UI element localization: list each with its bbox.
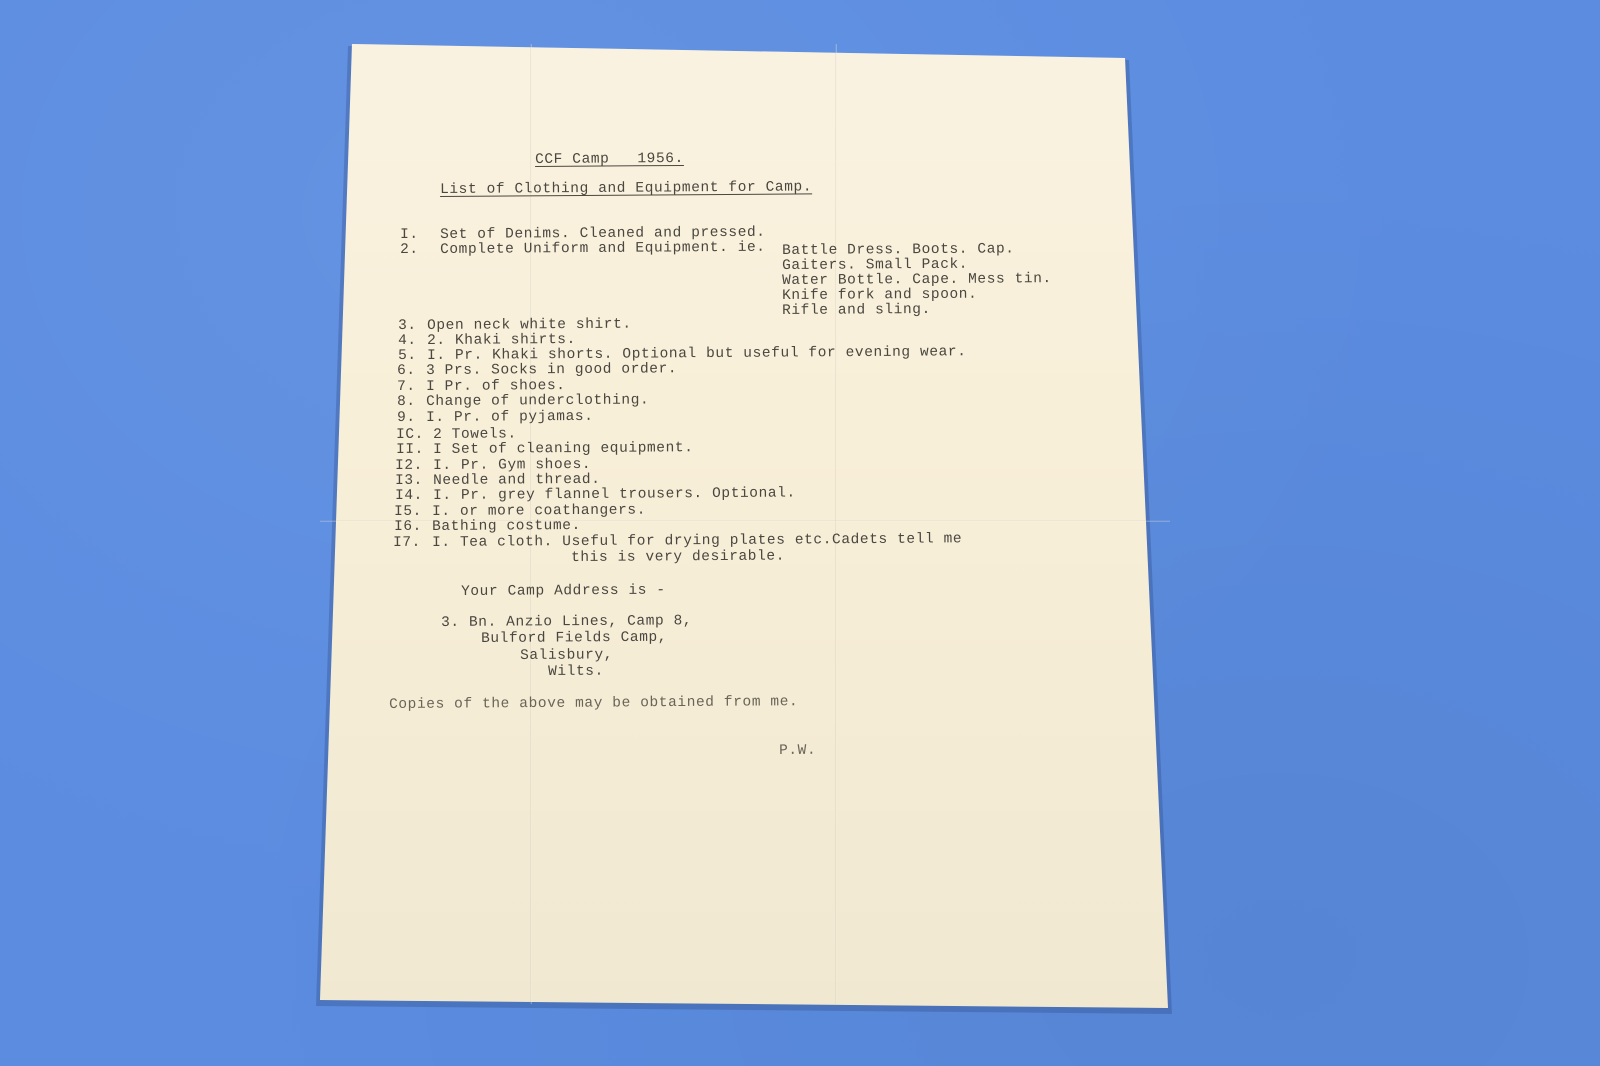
item-number: 8. <box>397 395 416 410</box>
copies-note: Copies of the above may be obtained from… <box>389 695 798 712</box>
item-number: I6. <box>394 520 422 535</box>
item-number: I2. <box>395 459 423 474</box>
item-text: 3 Prs. Socks in good order. <box>426 362 677 378</box>
item-number: I4. <box>395 489 423 504</box>
address-line: Salisbury, <box>520 648 613 663</box>
item-detail: Knife fork and spoon. <box>782 288 977 304</box>
address-intro: Your Camp Address is - <box>461 584 666 600</box>
item-number: 6. <box>397 364 416 379</box>
address-line: Wilts. <box>548 665 604 680</box>
item-text: Open neck white shirt. <box>427 318 632 334</box>
item-number: IC. <box>396 428 424 443</box>
item-number: I5. <box>394 505 422 520</box>
item-number: 2. <box>400 243 419 258</box>
item-number: I7. <box>393 536 421 551</box>
item-text: I Set of cleaning equipment. <box>433 441 694 457</box>
item-number: 4. <box>398 334 417 349</box>
item-text: Complete Uniform and Equipment. ie. <box>440 241 766 258</box>
item-continuation: this is very desirable. <box>571 550 785 566</box>
item-text: I. Tea cloth. Useful for drying plates e… <box>432 532 962 550</box>
item-text: 2 Towels. <box>433 427 517 442</box>
document-title: CCF Camp 1956. <box>535 152 684 168</box>
address-line: 3. Bn. Anzio Lines, Camp 8, <box>441 614 692 630</box>
item-text: I. Pr. of pyjamas. <box>426 410 594 426</box>
item-number: 5. <box>398 349 417 364</box>
item-number: I. <box>400 228 419 243</box>
document-subtitle: List of Clothing and Equipment for Camp. <box>440 180 812 197</box>
item-detail: Water Bottle. Cape. Mess tin. <box>782 272 1052 288</box>
item-text: I. Pr. grey flannel trousers. Optional. <box>433 486 796 503</box>
address-line: Bulford Fields Camp, <box>481 631 667 647</box>
item-text: Change of underclothing. <box>426 393 649 409</box>
item-number: 7. <box>397 380 416 395</box>
item-number: 9. <box>397 411 416 426</box>
item-number: II. <box>396 443 424 458</box>
item-detail: Battle Dress. Boots. Cap. <box>782 242 1015 258</box>
item-number: 3. <box>398 319 417 334</box>
item-text: I. Pr. Khaki shorts. Optional but useful… <box>427 345 967 363</box>
item-number: I3. <box>395 474 423 489</box>
item-text: Bathing costume. <box>432 519 581 535</box>
item-text: I. or more coathangers. <box>432 504 646 520</box>
signature: P.W. <box>779 744 816 759</box>
item-detail: Rifle and sling. <box>782 303 931 319</box>
fold-line <box>835 44 837 1004</box>
